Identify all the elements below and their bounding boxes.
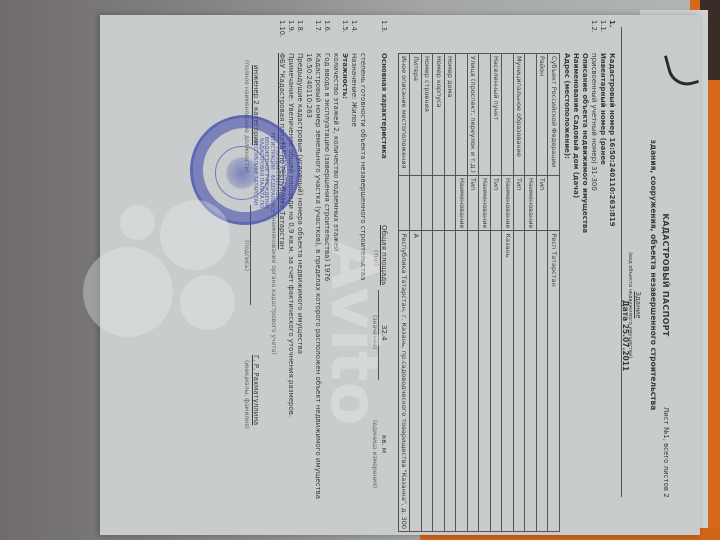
main-unit-caption: (единица измерения) (371, 420, 379, 488)
table-row: Номер корпуса (433, 54, 445, 532)
address-value-cell: Респ Татарстан (548, 231, 560, 532)
table-row: Иное описание местоположенияРеспублика Т… (399, 54, 411, 532)
signature-caption: (подпись) (243, 240, 251, 271)
address-value-cell (479, 231, 491, 532)
signer-caption: (инициалы, фамилия) (243, 360, 251, 429)
address-key-cell (479, 54, 491, 176)
address-value-cell: А (410, 231, 422, 532)
address-key-cell: Номер дома (445, 54, 457, 176)
address-key-cell: Иное описание местоположения (399, 54, 411, 176)
table-row: Номер дома (445, 54, 457, 532)
address-value-cell (445, 231, 457, 532)
section-number: 1.1. (599, 20, 607, 33)
sheet-info: Лист №1, всего листов 2 (661, 407, 670, 498)
section-number: 1. (608, 20, 616, 27)
floors: количество этажей 2, количество подземны… (331, 53, 340, 251)
inventory-number: Инвентарный номер (ранее (598, 53, 607, 165)
address-type-cell: Тип (468, 175, 480, 231)
address-type-cell (410, 175, 422, 231)
address-type-cell: Наименование (502, 175, 514, 231)
address-key-cell: Номер корпуса (433, 54, 445, 176)
description-header: Описание объекта недвижимого имущества (580, 53, 589, 233)
main-characteristic: Основная характеристика (379, 53, 388, 159)
address-key-cell: Муниципальное образование (514, 54, 526, 176)
section-number: 1.3. (380, 20, 388, 33)
inventory-number-cont: присвоенный учетный номер) 31-300 (589, 53, 598, 191)
address-header: Адрес (местоположение): (562, 53, 571, 159)
previous-numbers: Предыдущие кадастровые (условный) номера… (295, 53, 304, 354)
address-type-cell (422, 175, 434, 231)
address-value-cell: Республика Татарстан, г. Казань, пр.садо… (399, 231, 411, 532)
purpose: Назначение: Жилое (349, 53, 358, 127)
land-cadastral-number: 16:50:240110:263 (304, 53, 313, 118)
section-number: 1.2. (590, 20, 598, 33)
address-type-cell (548, 175, 560, 231)
address-key-cell: Населенный пункт (491, 54, 503, 176)
table-row: Улица (проспект, переулок и т.д.)Тип (468, 54, 480, 532)
table-row: Наименование (525, 54, 537, 532)
section-number: 1.5. (341, 20, 349, 33)
document-page: КАДАСТРОВЫЙ ПАСПОРТ здания, сооружения, … (100, 15, 700, 535)
document-date: Дата 25.07.2011 (621, 300, 630, 371)
section-number: 1.6. (323, 20, 331, 33)
address-value-cell (491, 231, 503, 532)
address-key-cell (525, 54, 537, 176)
table-row: Наименование (456, 54, 468, 532)
address-key-cell: Район (537, 54, 549, 176)
eagle-emblem-icon (225, 156, 259, 190)
watermark-circle (120, 205, 155, 240)
cadastral-passport: КАДАСТРОВЫЙ ПАСПОРТ здания, сооружения, … (100, 15, 700, 535)
address-type-cell: Тип (491, 175, 503, 231)
section-number: 1.10. (278, 20, 286, 37)
divider (621, 27, 622, 497)
address-type-cell: Тип (514, 175, 526, 231)
address-type-cell: Наименование (525, 175, 537, 231)
document-subtitle: здания, сооружения, объекта незавершенно… (649, 15, 658, 535)
floors-header: Этажность: (340, 53, 349, 99)
address-key-cell: Улица (проспект, переулок и т.д.) (468, 54, 480, 176)
address-key-cell (502, 54, 514, 176)
address-type-cell (445, 175, 457, 231)
cadastral-number: Кадастровый номер 16:50:240110:263:819 (607, 53, 616, 227)
address-type-cell: Наименование (456, 175, 468, 231)
main-unit: кв. м (379, 435, 388, 453)
watermark-circle (180, 275, 235, 330)
section-number: 1.9. (287, 20, 295, 33)
watermark-text: Avito (316, 240, 390, 425)
address-type-cell (399, 175, 411, 231)
address-type-cell: Наименование (479, 175, 491, 231)
table-row: Наименование (479, 54, 491, 532)
table-row: Субъект Российской ФедерацииРесп Татарст… (548, 54, 560, 532)
table-row: РайонТип (537, 54, 549, 532)
watermark-circle (83, 247, 173, 337)
address-table: Субъект Российской ФедерацииРесп Татарст… (398, 53, 560, 532)
address-value-cell (422, 231, 434, 532)
address-type-cell: Тип (537, 175, 549, 231)
address-key-cell: Литера (410, 54, 422, 176)
address-value-cell (537, 231, 549, 532)
table-row: Муниципальное образованиеТип (514, 54, 526, 532)
address-value-cell: Казань (502, 231, 514, 532)
address-value-cell (514, 231, 526, 532)
address-value-cell (433, 231, 445, 532)
object-type: Здание (633, 215, 642, 395)
agency-caption: (наименование органа кадастрового учета) (270, 215, 278, 355)
address-key-cell: Номер строения (422, 54, 434, 176)
address-key-cell: Субъект Российской Федерации (548, 54, 560, 176)
table-row: Населенный пунктТип (491, 54, 503, 532)
table-row: ЛитераА (410, 54, 422, 532)
address-value-cell (468, 231, 480, 532)
section-number: 1.8. (296, 20, 304, 33)
note: Примечание: Увеличение общей площади на … (286, 53, 295, 417)
object-name: Наименование Садовый дом (дача) (571, 53, 580, 198)
section-number: 1.4. (350, 20, 358, 33)
address-type-cell (433, 175, 445, 231)
watermark-circle (160, 200, 230, 270)
section-number: 1.7. (314, 20, 322, 33)
address-key-cell (456, 54, 468, 176)
address-value-cell (525, 231, 537, 532)
table-row: Номер строения (422, 54, 434, 532)
signer: Г. Р. Рахматуллина (251, 355, 260, 425)
address-value-cell (456, 231, 468, 532)
table-row: НаименованиеКазань (502, 54, 514, 532)
